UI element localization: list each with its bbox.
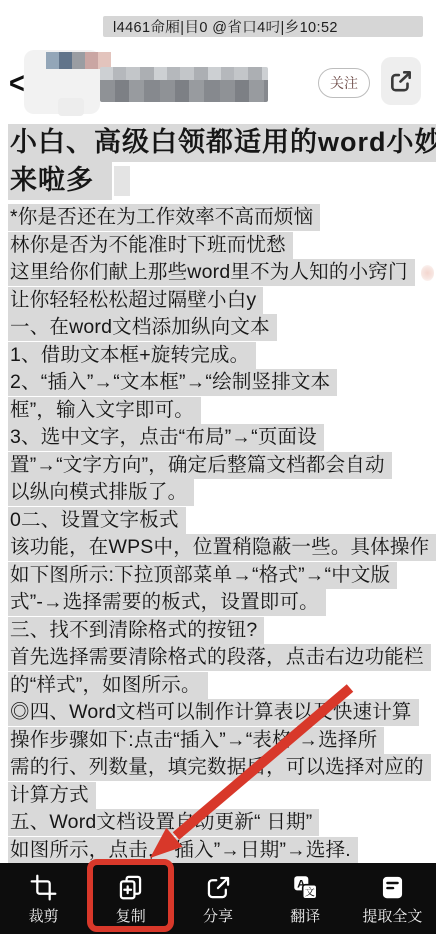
share-button[interactable]: 分享 (174, 863, 261, 934)
avatar[interactable] (24, 50, 100, 114)
blurred-emoji (421, 265, 434, 281)
article-line-text: 首先选择需要清除格式的段落，点击右边功能栏 (8, 644, 431, 671)
crop-button[interactable]: 裁剪 (0, 863, 87, 934)
article-line: 0二、设置文字板式 (8, 507, 434, 535)
copy-button[interactable]: 复制 (87, 863, 174, 934)
translate-icon: A 文 (292, 874, 319, 901)
article-line-text: 3、选中文字，点击“布局”→“页面设 (8, 424, 324, 451)
bottom-toolbar: 裁剪 复制 分享 A 文 翻译 (0, 863, 436, 934)
article-line: 计算方式 (8, 782, 434, 810)
article-line-text: 0二、设置文字板式 (8, 507, 186, 534)
article-line: 框”，输入文字即可。 (8, 397, 434, 425)
username-blur-row (100, 67, 268, 80)
article-line: 让你轻轻松松超过隔壁小白y (8, 287, 434, 315)
article-line-text: 式”-→选择需要的板式，设置即可。 (8, 589, 326, 616)
article-line-text: 三、找不到清除格式的按钮? (8, 617, 264, 644)
article-line: 如下图所示:下拉顶部菜单→“格式”→“中文版 (8, 562, 434, 590)
article-line: 需的行、列数量，填完数据后，可以选择对应的 (8, 754, 434, 782)
extract-fulltext-icon (379, 874, 406, 901)
article-title-line: 小白、高级白领都适用的word小妙招 (8, 124, 434, 162)
article-line: 2、“插入”→“文本框”→“绘制竖排文本 (8, 369, 434, 397)
article-line-text: 置”→“文字方向”，确定后整篇文档都会自动 (8, 452, 392, 479)
article-line: ◎四、Word文档可以制作计算表以及快速计算 (8, 699, 434, 727)
article-line-text: 五、Word文档设置自动更新“ 日期” (8, 809, 319, 836)
article-title-text: 小白、高级白领都适用的word小妙招 (8, 124, 436, 162)
article-line-text: 需的行、列数量，填完数据后，可以选择对应的 (8, 754, 431, 781)
share-icon (388, 68, 414, 94)
article-line-text: 林你是否为不能准时下班而忧愁 (8, 232, 293, 259)
article-line-text: 框”，输入文字即可。 (8, 397, 201, 424)
article-line: 操作步骤如下:点击“插入”→“表格”→选择所 (8, 727, 434, 755)
extract-fulltext-button-label: 提取全文 (362, 905, 422, 926)
article-line-text: 该功能，在WPS中，位置稍隐蔽一些。具体操作 (8, 534, 436, 561)
phone-screen: l4461命厢|目0 @省口4叼|乡10:52 < 关注 小白、高级白领都适用的… (0, 0, 436, 934)
copy-icon (117, 874, 144, 901)
status-bar: l4461命厢|目0 @省口4叼|乡10:52 (103, 16, 423, 37)
header-share-button[interactable] (381, 57, 421, 105)
article-line-text: 的“样式”，如图所示。 (8, 672, 208, 699)
article-line: 以纵向模式排版了。 (8, 479, 434, 507)
avatar-blur-tail (58, 98, 84, 116)
article-title-text: 来啦多 (8, 162, 112, 200)
article-line-text: 操作步骤如下:点击“插入”→“表格”→选择所 (8, 727, 384, 754)
article-line-text: ◎四、Word文档可以制作计算表以及快速计算 (8, 699, 419, 726)
article-line-text: 一、在word文档添加纵向文本 (8, 314, 277, 341)
article-line-text: 计算方式 (8, 782, 96, 809)
article-line-text: 如图所示，点击，“插入”→日期”→选择. (8, 837, 358, 864)
article-line: 林你是否为不能准时下班而忧愁 (8, 232, 434, 260)
article-content: 小白、高级白领都适用的word小妙招 来啦多 *你是否还在为工作效率不高而烦恼 … (8, 124, 434, 864)
article-line: 3、选中文字，点击“布局”→“页面设 (8, 424, 434, 452)
article-line: 这里给你们献上那些word里不为人知的小窍门 (8, 259, 434, 287)
status-bar-text: l4461命厢|目0 @省口4叼|乡10:52 (113, 16, 338, 37)
article-line: 置”→“文字方向”，确定后整篇文档都会自动 (8, 452, 434, 480)
article-line: 式”-→选择需要的板式，设置即可。 (8, 589, 434, 617)
follow-button-label: 关注 (330, 73, 358, 93)
article-line: 1、借助文本框+旋转完成。 (8, 342, 434, 370)
extract-fulltext-button[interactable]: 提取全文 (349, 863, 436, 934)
username-blurred[interactable] (100, 67, 268, 102)
article-title-line: 来啦多 (8, 162, 434, 200)
article-line-text: 1、借助文本框+旋转完成。 (8, 342, 256, 369)
article-line: 三、找不到清除格式的按钮? (8, 617, 434, 645)
translate-button[interactable]: A 文 翻译 (262, 863, 349, 934)
article-line: 的“样式”，如图所示。 (8, 672, 434, 700)
username-blur-row (100, 80, 268, 102)
article-line: 该功能，在WPS中，位置稍隐蔽一些。具体操作 (8, 534, 434, 562)
article-line-text: *你是否还在为工作效率不高而烦恼 (8, 204, 320, 231)
crop-icon (30, 874, 57, 901)
back-button[interactable]: < (9, 69, 25, 99)
svg-text:文: 文 (304, 887, 314, 899)
share-icon (205, 874, 232, 901)
article-line: 五、Word文档设置自动更新“ 日期” (8, 809, 434, 837)
article-line: 一、在word文档添加纵向文本 (8, 314, 434, 342)
article-line: 首先选择需要清除格式的段落，点击右边功能栏 (8, 644, 434, 672)
translate-button-label: 翻译 (290, 905, 320, 926)
article-line: 如图所示，点击，“插入”→日期”→选择. (8, 837, 434, 865)
article-line-text: 这里给你们献上那些word里不为人知的小窍门 (8, 259, 415, 286)
article-line-text: 如下图所示:下拉顶部菜单→“格式”→“中文版 (8, 562, 397, 589)
copy-button-label: 复制 (116, 905, 146, 926)
article-line-text: 以纵向模式排版了。 (8, 479, 194, 506)
share-button-label: 分享 (203, 905, 233, 926)
follow-button[interactable]: 关注 (318, 68, 370, 98)
crop-button-label: 裁剪 (29, 905, 59, 926)
article-line-text: 2、“插入”→“文本框”→“绘制竖排文本 (8, 369, 337, 396)
article-body: *你是否还在为工作效率不高而烦恼 林你是否为不能准时下班而忧愁 这里给你们献上那… (8, 204, 434, 864)
back-chevron-icon: < (9, 66, 25, 99)
article-line: *你是否还在为工作效率不高而烦恼 (8, 204, 434, 232)
highlight-tail (114, 166, 130, 196)
article-line-text: 让你轻轻松松超过隔壁小白y (8, 287, 263, 314)
